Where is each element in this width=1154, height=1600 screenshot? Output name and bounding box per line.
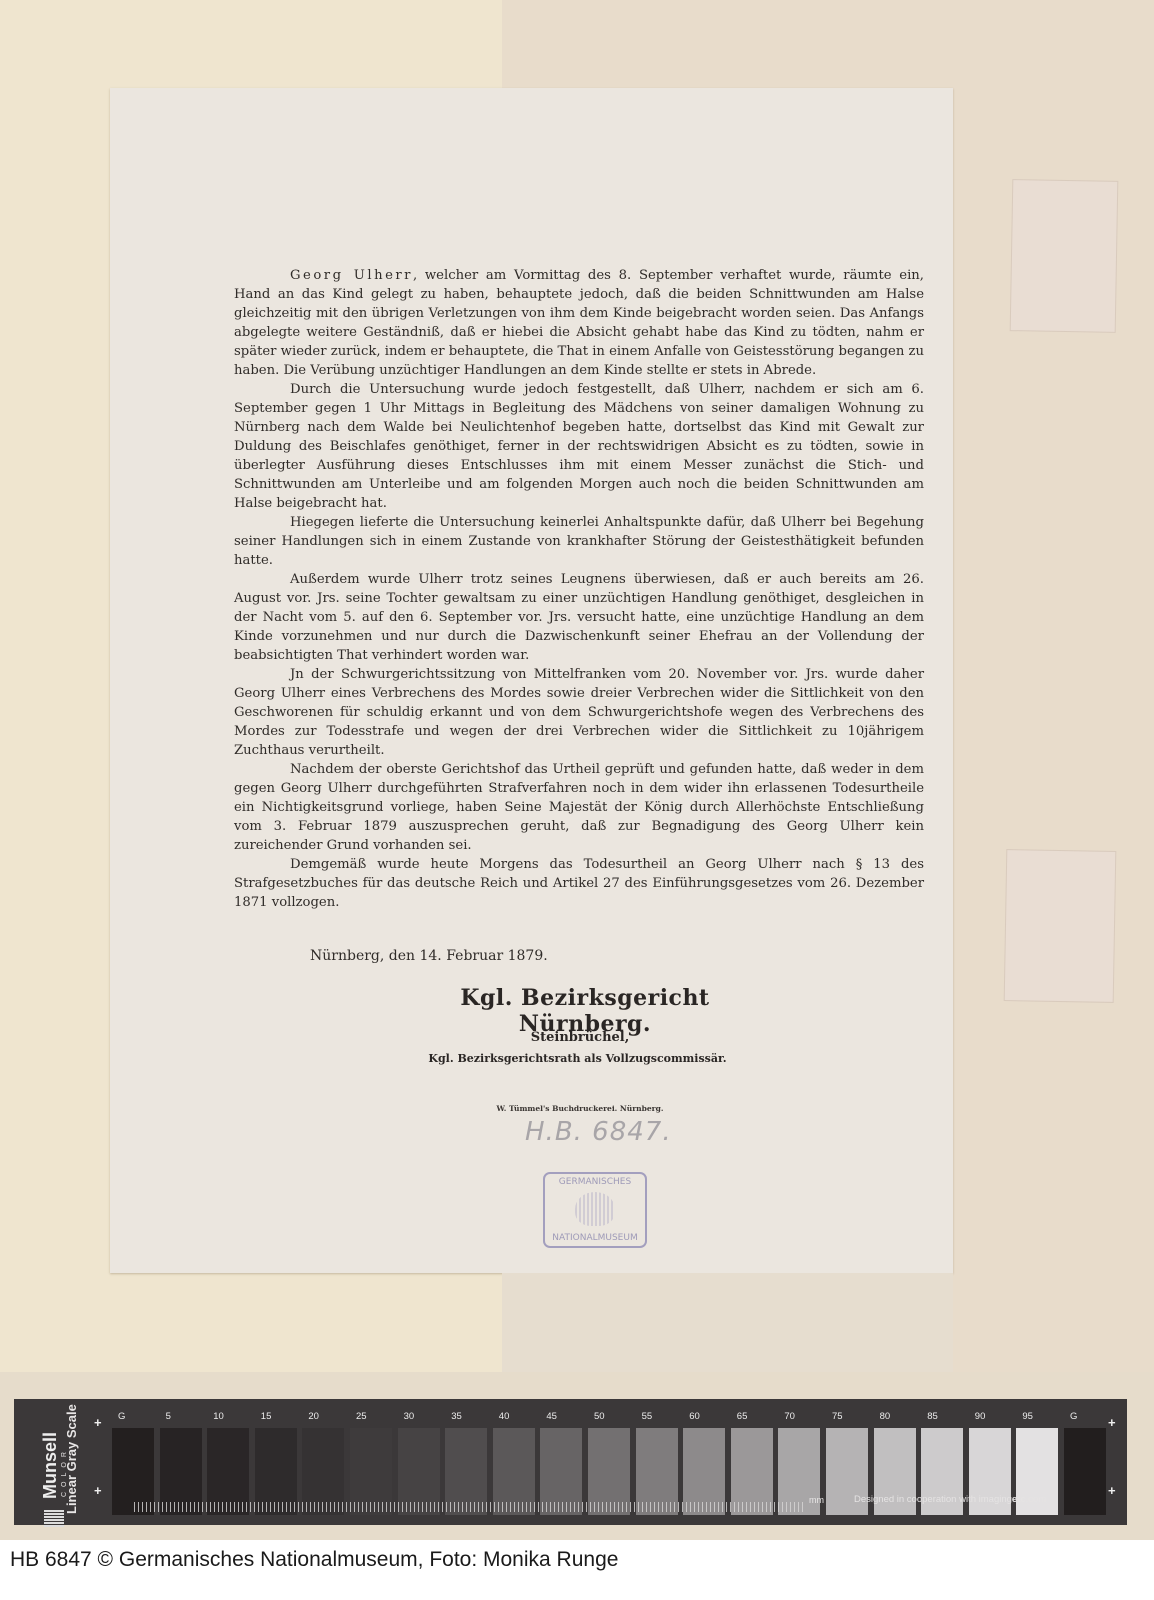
patch-label: 60: [689, 1411, 731, 1422]
paragraph-3: Hiegegen lieferte die Untersuchung keine…: [234, 513, 924, 570]
patch-label: 45: [546, 1411, 588, 1422]
patch-label: 90: [975, 1411, 1017, 1422]
patch-label: G: [118, 1411, 160, 1422]
patch-label: 10: [213, 1411, 255, 1422]
document-body: Georg Ulherr, welcher am Vormittag des 8…: [234, 266, 924, 912]
patch-label: 15: [261, 1411, 303, 1422]
patch-label: 25: [356, 1411, 398, 1422]
eagle-icon: [575, 1192, 615, 1226]
ruler-unit: mm: [809, 1495, 824, 1505]
mounting-tape-top: [1010, 179, 1119, 333]
patch-label: 80: [880, 1411, 922, 1422]
registration-plus-icon: +: [94, 1415, 102, 1430]
paragraph-2: Durch die Untersuchung wurde jedoch fest…: [234, 380, 924, 513]
patch-label: 40: [499, 1411, 541, 1422]
munsell-logo-block: Munsell COLOR: [28, 1413, 68, 1513]
gray-patch: [1064, 1428, 1106, 1515]
patch-label: 35: [451, 1411, 493, 1422]
patch-label: 20: [308, 1411, 350, 1422]
mounting-tape-middle: [1004, 849, 1117, 1003]
patch-label: 65: [737, 1411, 779, 1422]
patch-label: 55: [642, 1411, 684, 1422]
patch-label: 75: [832, 1411, 874, 1422]
signer-name: Steinbrüchel,: [470, 1030, 690, 1045]
patch-label: 5: [166, 1411, 208, 1422]
museum-stamp: GERMANISCHES NATIONALMUSEUM: [543, 1172, 647, 1248]
patch-label: 85: [927, 1411, 969, 1422]
registration-plus-icon: +: [94, 1483, 102, 1498]
brand-name: Munsell: [40, 1432, 61, 1499]
inventory-number-handwritten: H.B. 6847.: [525, 1117, 672, 1147]
stamp-top-text: GERMANISCHES: [545, 1177, 645, 1187]
patch-label: 30: [404, 1411, 446, 1422]
patch-label: 70: [784, 1411, 826, 1422]
signer-title: Kgl. Bezirksgerichtsrath als Vollzugscom…: [395, 1052, 760, 1065]
paragraph-4: Außerdem wurde Ulherr trotz seines Leugn…: [234, 570, 924, 665]
patch-label: G: [1070, 1411, 1112, 1422]
printer-imprint: W. Tümmel's Buchdruckerei. Nürnberg.: [470, 1104, 690, 1113]
paragraph-5: Jn der Schwurgerichtssitzung von Mittelf…: [234, 665, 924, 760]
paragraph-6: Nachdem der oberste Gerichtshof das Urth…: [234, 760, 924, 855]
mm-ruler: [134, 1502, 804, 1512]
scale-title: Linear Gray Scale: [64, 1404, 79, 1514]
patch-label: 95: [1022, 1411, 1064, 1422]
paragraph-1: Georg Ulherr, welcher am Vormittag des 8…: [234, 266, 924, 380]
paragraph-7: Demgemäß wurde heute Morgens das Todesur…: [234, 855, 924, 912]
name-spaced: Georg Ulherr: [290, 268, 413, 283]
dateline: Nürnberg, den 14. Februar 1879.: [310, 948, 548, 964]
registration-plus-icon: +: [1108, 1483, 1116, 1498]
gray-scale-card: Munsell COLOR Linear Gray Scale + + + + …: [14, 1399, 1127, 1525]
stamp-bottom-text: NATIONALMUSEUM: [545, 1233, 645, 1243]
patch-label: 50: [594, 1411, 636, 1422]
photo-caption: HB 6847 © Germanisches Nationalmuseum, F…: [10, 1548, 618, 1572]
designed-credit: Designed in cooperation with imagingetc.…: [854, 1494, 1046, 1505]
sheet-lower-shadow: [502, 1273, 953, 1372]
munsell-grid-icon: [44, 1509, 64, 1527]
